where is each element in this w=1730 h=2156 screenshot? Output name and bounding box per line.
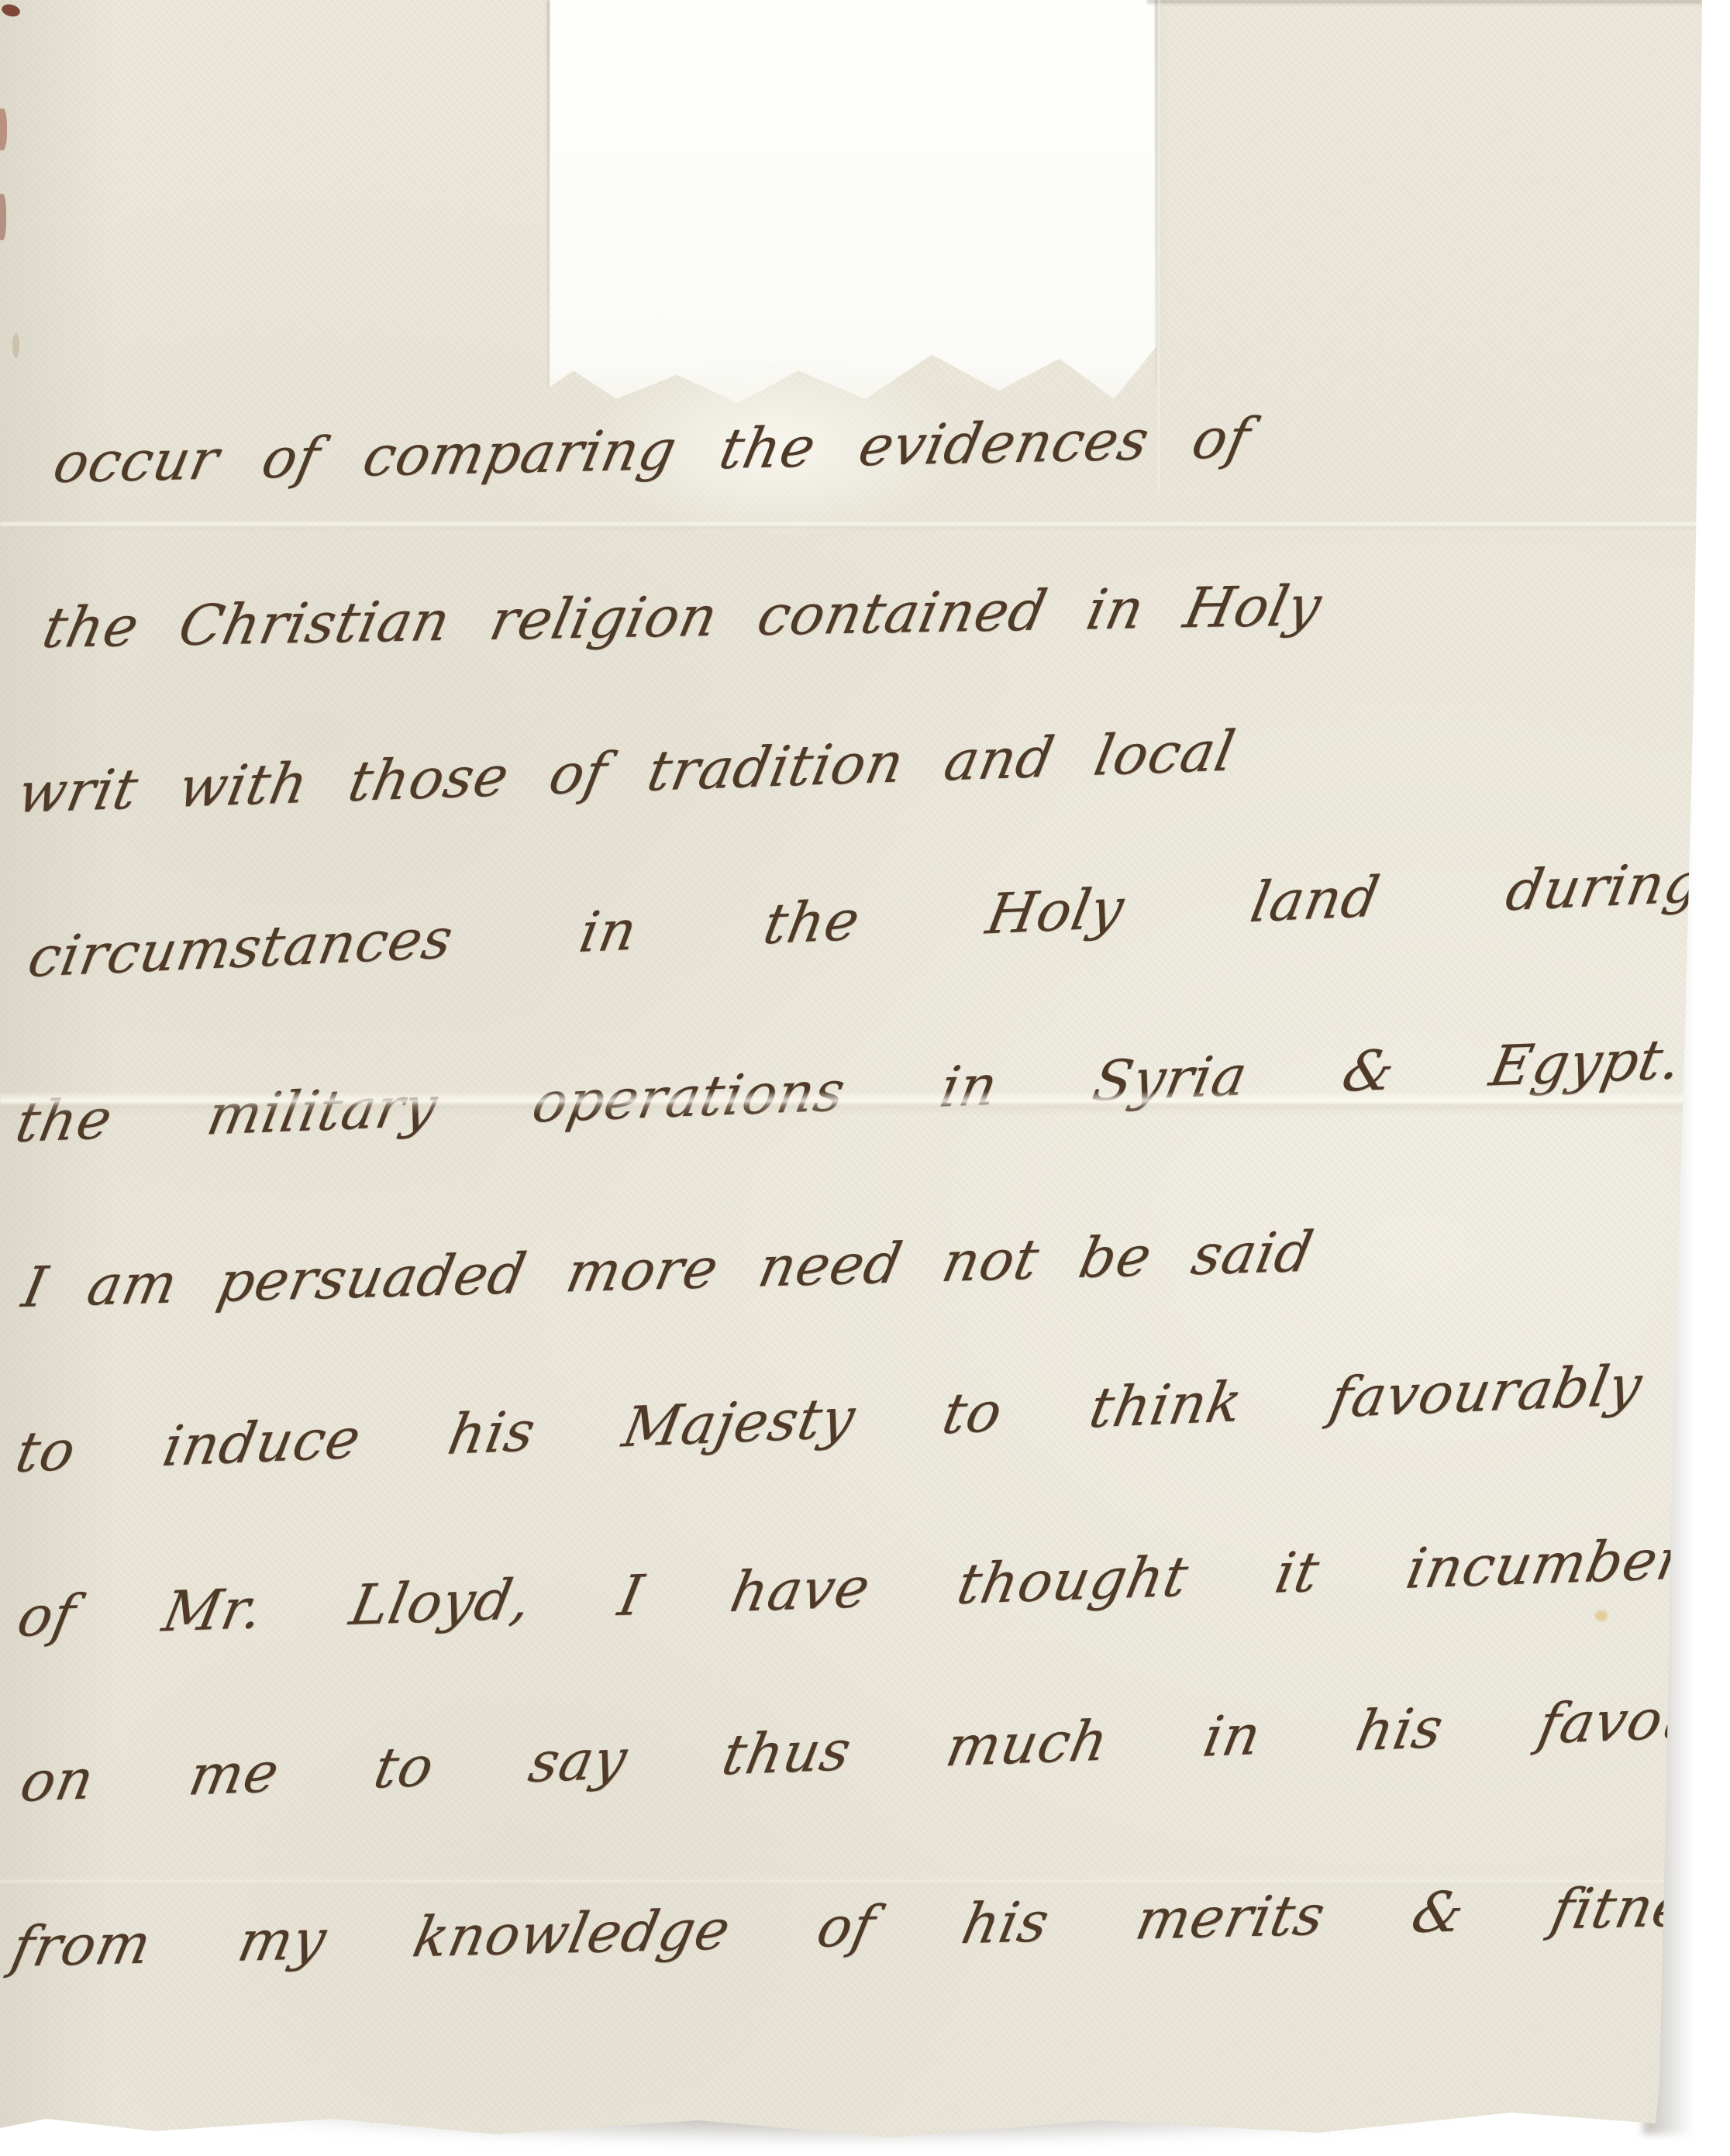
edge-stain (0, 194, 6, 240)
edge-smudge (12, 333, 19, 358)
scanned-letter: occur of comparing the evidences of the … (0, 0, 1730, 2156)
patch-right-seam (1155, 0, 1157, 387)
patch-left-seam (547, 0, 550, 387)
paper-repair-patch (550, 0, 1156, 403)
paper-top-edge-shadow (1147, 0, 1702, 5)
letter-page: occur of comparing the evidences of the … (0, 0, 1730, 2156)
edge-stain (0, 108, 7, 150)
foxing-spot (1595, 1610, 1608, 1621)
